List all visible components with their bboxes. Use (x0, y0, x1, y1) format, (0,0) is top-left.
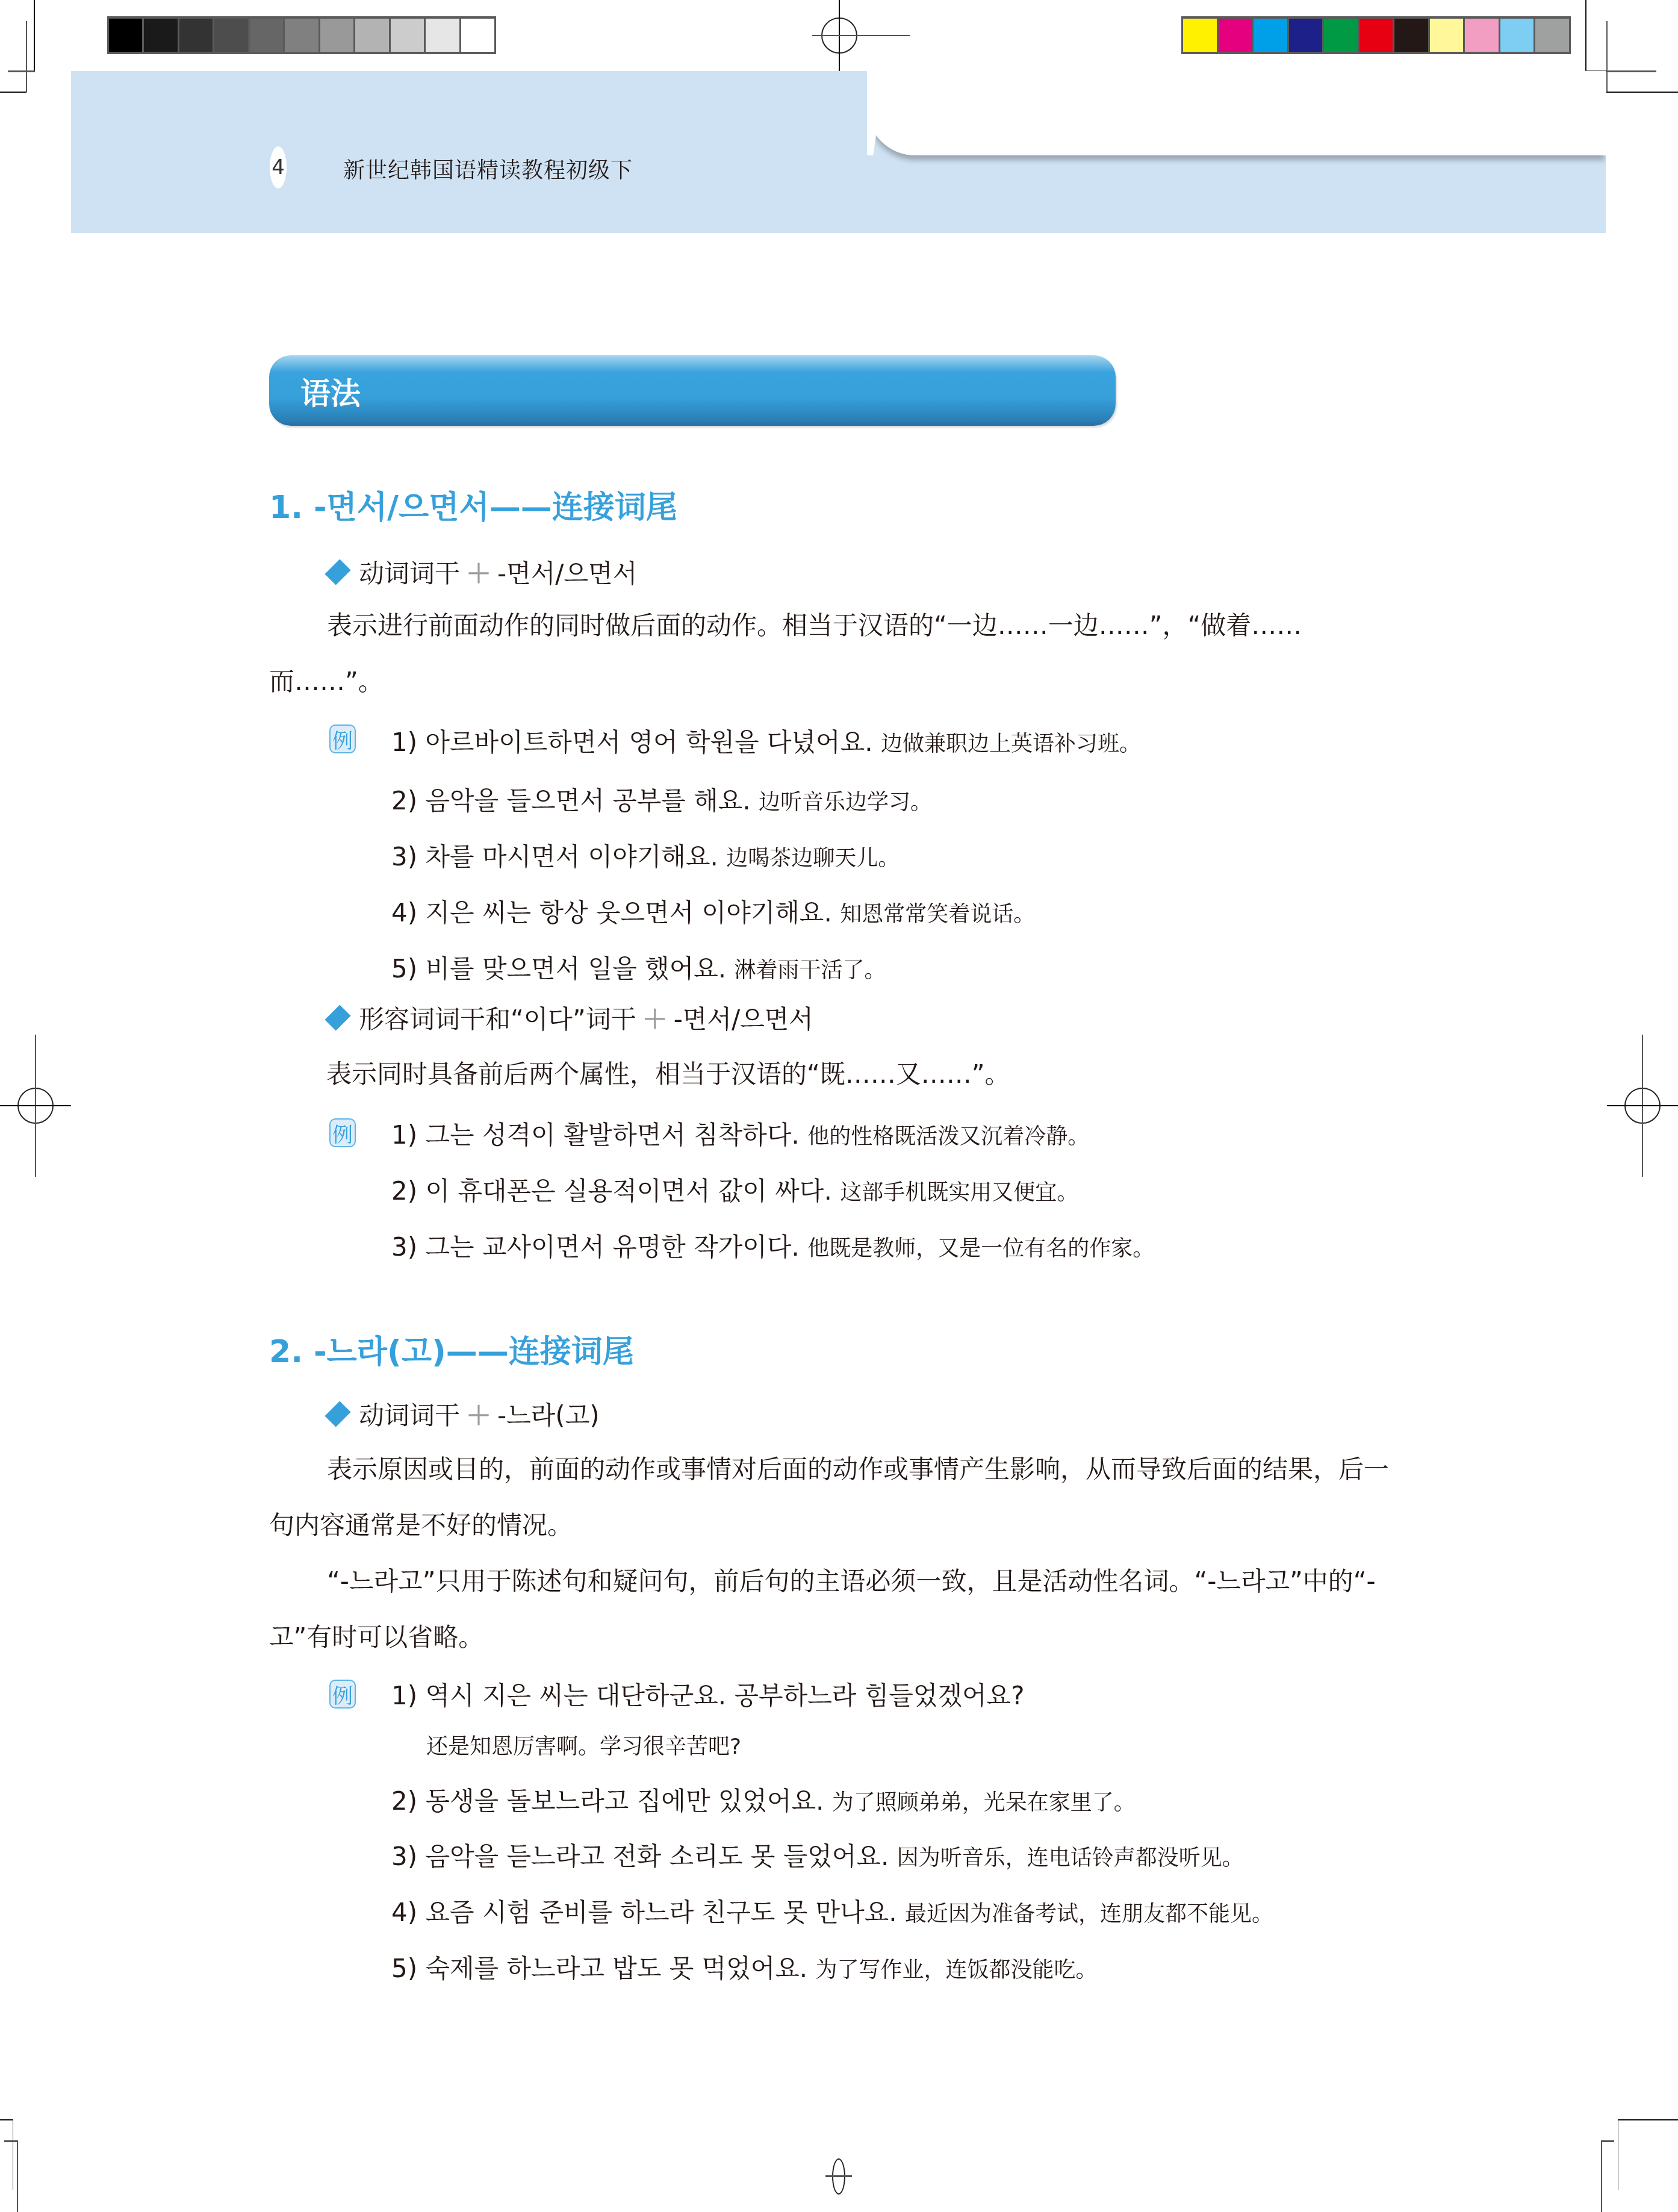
diamond-bullet-icon (325, 1401, 350, 1427)
example-item: 4) 요즘 시험 준비를 하느라 친구도 못 만나요. 最近因为准备考试，连朋友… (391, 1893, 1273, 1929)
color-bar (1181, 16, 1571, 54)
crop-mark (1618, 2119, 1678, 2120)
crop-mark (1601, 2140, 1614, 2142)
usage-rule: 动词词干 ＋ -느라(고) (326, 1396, 600, 1432)
explanation-note: “-느라고”只用于陈述句和疑问句，前后句的主语必须一致，且是活动性名词。“-느라… (269, 1553, 1407, 1665)
section-banner: 语法 (269, 355, 1116, 426)
color-swatch-pink (1465, 19, 1499, 52)
example-item: 1) 그는 성격이 활발하면서 침착하다. 他的性格既活泼又沉着冷静。 (391, 1115, 1089, 1151)
gray-swatch (250, 19, 283, 52)
color-swatch-light-yellow (1430, 19, 1464, 52)
usage-rule: 形容词词干和“이다”词干 ＋ -면서/으면서 (326, 1000, 813, 1036)
gray-swatch (144, 19, 177, 52)
gray-swatch (179, 19, 213, 52)
color-swatch-black (1394, 19, 1428, 52)
rule-suffix: -느라(고) (497, 1396, 600, 1432)
crop-mark (1601, 2140, 1602, 2212)
plus-icon: ＋ (642, 1000, 668, 1036)
color-swatch-light-blue (1500, 19, 1534, 52)
page-number: 4 (270, 146, 287, 188)
gray-swatch (320, 19, 353, 52)
example-korean: 5) 비를 맞으면서 일을 했어요. (391, 954, 726, 983)
example-korean: 2) 이 휴대폰은 실용적이면서 값이 싸다. (391, 1176, 832, 1206)
example-korean: 3) 음악을 듣느라고 전화 소리도 못 들었어요. (391, 1842, 889, 1871)
grammar-heading: 2. -느라(고)——连接词尾 (269, 1326, 634, 1371)
color-swatch-red (1359, 19, 1393, 52)
grammar-heading: 1. -면서/으면서——连接词尾 (269, 482, 677, 527)
crop-mark (17, 2140, 18, 2212)
example-chinese: 他既是教师，又是一位有名的作家。 (807, 1236, 1154, 1261)
example-chinese: 这部手机既实用又便宜。 (840, 1180, 1078, 1205)
example-item: 3) 차를 마시면서 이야기해요. 边喝茶边聊天儿。 (391, 837, 900, 873)
example-korean: 2) 동생을 돌보느라고 집에만 있었어요. (391, 1786, 824, 1816)
crop-mark (0, 2119, 13, 2120)
color-swatch-blue (1289, 19, 1323, 52)
example-item: 2) 이 휴대폰은 실용적이면서 값이 싸다. 这部手机既实用又便宜。 (391, 1171, 1078, 1207)
example-chinese: 淋着雨干活了。 (735, 958, 886, 983)
crop-mark (825, 2175, 852, 2177)
example-chinese: 边喝茶边聊天儿。 (726, 846, 900, 871)
crop-mark (13, 2119, 13, 2190)
crop-mark (1618, 2119, 1618, 2190)
crop-mark (0, 92, 26, 93)
example-badge: 例 (329, 1118, 356, 1147)
rule-prefix: 动词词干 (359, 1396, 460, 1432)
example-korean: 1) 그는 성격이 활발하면서 침착하다. (391, 1120, 800, 1150)
example-korean: 5) 숙제를 하느라고 밥도 못 먹었어요. (391, 1954, 807, 1983)
example-chinese: 他的性格既活泼又沉着冷静。 (807, 1124, 1089, 1149)
crop-mark (8, 70, 35, 72)
diamond-bullet-icon (325, 559, 350, 585)
color-swatch-gray (1535, 19, 1569, 52)
example-item: 2) 동생을 돌보느라고 집에만 있었어요. 为了照顾弟弟，光呆在家里了。 (391, 1781, 1136, 1818)
gray-swatch (426, 19, 459, 52)
example-item: 1) 역시 지은 씨는 대단하군요. 공부하느라 힘들었겠어요? (391, 1676, 1024, 1712)
example-chinese: 边听音乐边学习。 (759, 790, 932, 815)
color-swatch-green (1324, 19, 1358, 52)
grayscale-bar (107, 16, 496, 54)
header-tab-cutout (867, 71, 1606, 155)
example-chinese: 还是知恩厉害啊。学习很辛苦吧? (426, 1730, 741, 1760)
diamond-bullet-icon (325, 1005, 350, 1030)
explanation: 表示原因或目的，前面的动作或事情对后面的动作或事情产生影响，从而导致后面的结果，… (269, 1441, 1407, 1553)
example-korean: 1) 아르바이트하면서 영어 학원을 다녔어요. (391, 727, 873, 757)
rule-prefix: 动词词干 (359, 554, 460, 590)
gray-swatch (355, 19, 388, 52)
example-chinese: 知恩常常笑着说话。 (840, 902, 1035, 927)
plus-icon: ＋ (466, 554, 491, 590)
crop-mark (26, 21, 27, 92)
usage-rule: 动词词干 ＋ -면서/으면서 (326, 554, 637, 590)
color-swatch-cyan (1254, 19, 1287, 52)
crop-mark (812, 35, 910, 36)
color-swatch-yellow (1183, 19, 1217, 52)
example-korean: 3) 차를 마시면서 이야기해요. (391, 842, 718, 871)
explanation: 表示同时具备前后两个属性，相当于汉语的“既……又……”。 (326, 1046, 1464, 1102)
gray-swatch (391, 19, 424, 52)
example-korean: 4) 요즘 시험 준비를 하느라 친구도 못 만나요. (391, 1898, 897, 1927)
example-item: 1) 아르바이트하면서 영어 학원을 다녔어요. 边做兼职边上英语补习班。 (391, 723, 1141, 759)
example-item: 5) 숙제를 하느라고 밥도 못 먹었어요. 为了写作业，连饭都没能吃。 (391, 1949, 1098, 1985)
example-badge: 例 (329, 1680, 356, 1709)
example-chinese: 边做兼职边上英语补习班。 (881, 732, 1141, 756)
example-chinese: 为了照顾弟弟，光呆在家里了。 (832, 1790, 1136, 1815)
crop-mark (0, 1105, 71, 1106)
example-chinese: 因为听音乐，连电话铃声都没听见。 (897, 1846, 1244, 1871)
example-item: 5) 비를 맞으면서 일을 했어요. 淋着雨干活了。 (391, 949, 886, 985)
book-title: 新世纪韩国语精读教程初级下 (343, 154, 633, 184)
crop-mark (1606, 21, 1608, 92)
example-korean: 1) 역시 지은 씨는 대단하군요. 공부하느라 힘들었겠어요? (391, 1681, 1024, 1710)
gray-swatch (461, 19, 494, 52)
plus-icon: ＋ (466, 1396, 491, 1432)
crop-mark (1585, 0, 1586, 71)
example-badge: 例 (329, 724, 356, 753)
crop-mark (4, 2140, 17, 2142)
gray-swatch (214, 19, 247, 52)
example-item: 3) 음악을 듣느라고 전화 소리도 못 들었어요. 因为听音乐，连电话铃声都没… (391, 1837, 1244, 1873)
example-korean: 2) 음악을 들으면서 공부를 해요. (391, 786, 751, 815)
example-item: 2) 음악을 들으면서 공부를 해요. 边听音乐边学习。 (391, 781, 932, 817)
crop-mark (1606, 92, 1678, 93)
example-korean: 3) 그는 교사이면서 유명한 작가이다. (391, 1232, 800, 1262)
rule-prefix: 形容词词干和“이다”词干 (359, 1000, 636, 1036)
crop-mark (34, 0, 35, 71)
gray-swatch (109, 19, 142, 52)
section-title: 语法 (300, 370, 361, 413)
gray-swatch (285, 19, 318, 52)
example-item: 3) 그는 교사이면서 유명한 작가이다. 他既是教师，又是一位有名的作家。 (391, 1227, 1154, 1263)
explanation: 表示进行前面动作的同时做后面的动作。相当于汉语的“一边……一边……”，“做着……… (269, 597, 1407, 709)
example-korean: 4) 지은 씨는 항상 웃으면서 이야기해요. (391, 898, 832, 927)
rule-suffix: -면서/으면서 (497, 554, 637, 590)
example-item: 4) 지은 씨는 항상 웃으면서 이야기해요. 知恩常常笑着说话。 (391, 893, 1035, 929)
example-chinese: 为了写作业，连饭都没能吃。 (816, 1958, 1098, 1983)
example-chinese: 最近因为准备考试，连朋友都不能见。 (905, 1902, 1273, 1927)
crop-mark (1607, 1105, 1678, 1106)
color-swatch-magenta (1219, 19, 1252, 52)
rule-suffix: -면서/으면서 (674, 1000, 813, 1036)
